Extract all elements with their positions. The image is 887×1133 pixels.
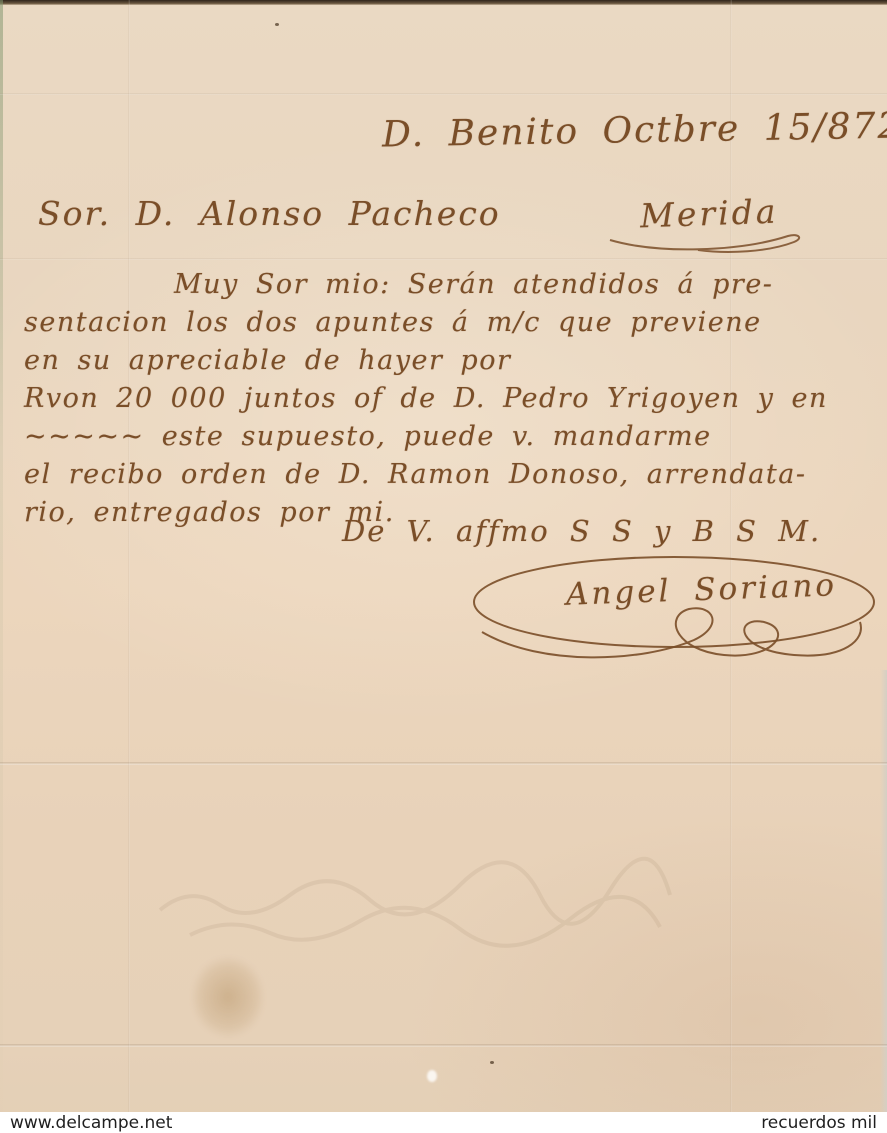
paper-stain xyxy=(178,942,278,1052)
fold-crease-vertical-left xyxy=(128,0,130,1133)
watermark-site-text: www.delcampe.net xyxy=(10,1113,172,1133)
signature-flourish xyxy=(462,552,882,677)
show-through-marks xyxy=(150,850,710,950)
watermark-seller-text: recuerdos mil xyxy=(761,1113,877,1133)
scan-left-edge xyxy=(0,0,3,1133)
letter-body: Muy Sor mio: Serán atendidos á pre-senta… xyxy=(24,266,874,532)
paper-speck xyxy=(490,1061,494,1064)
paper-flaw xyxy=(427,1070,437,1082)
letter-body-line: sentacion los dos apuntes á m/c que prev… xyxy=(24,304,874,342)
fold-crease-upper xyxy=(0,258,887,260)
fold-crease-middle xyxy=(0,762,887,765)
destination-underline-flourish xyxy=(608,232,808,256)
letter-scan: D. Benito Octbre 15/872 Sor. D. Alonso P… xyxy=(0,0,887,1133)
letter-dateline: D. Benito Octbre 15/872 xyxy=(382,105,887,155)
watermark-bar: www.delcampe.net recuerdos mil xyxy=(0,1112,887,1133)
letter-body-line: en su apreciable de hayer por xyxy=(24,342,874,380)
letter-destination: Merida xyxy=(639,192,779,236)
fold-crease-top xyxy=(0,93,887,95)
letter-closing: De V. affmo S S y B S M. xyxy=(342,514,821,548)
letter-body-line: ~~~~~ este supuesto, puede v. mandarme xyxy=(24,418,874,456)
paper-speck xyxy=(275,23,279,26)
letter-body-line: Rvon 20 000 juntos of de D. Pedro Yrigoy… xyxy=(24,380,874,418)
letter-body-line: Muy Sor mio: Serán atendidos á pre- xyxy=(24,266,874,304)
letter-addressee: Sor. D. Alonso Pacheco xyxy=(38,194,501,233)
fold-crease-lower xyxy=(0,1044,887,1047)
letter-body-line: el recibo orden de D. Ramon Donoso, arre… xyxy=(24,456,874,494)
scan-top-edge xyxy=(0,0,887,5)
